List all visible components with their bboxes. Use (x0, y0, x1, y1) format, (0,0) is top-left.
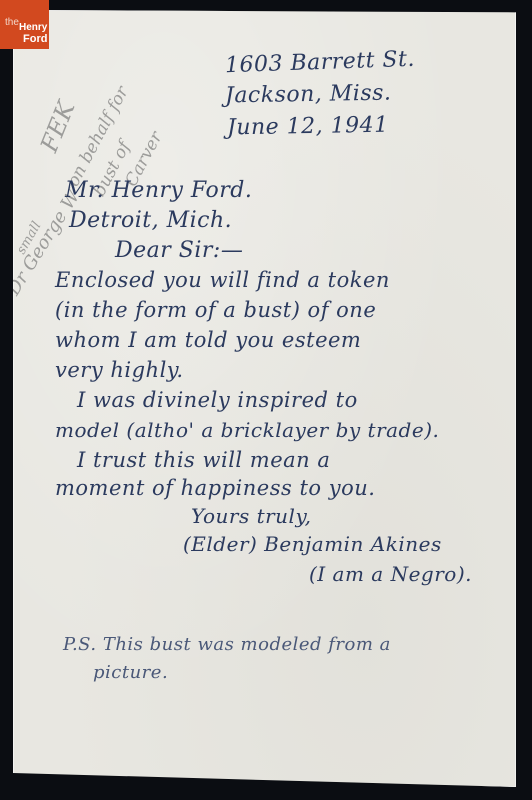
recipient-name: Mr. Henry Ford. (65, 178, 252, 203)
body-line: Enclosed you will find a token (55, 268, 390, 292)
letter-date: June 12, 1941 (227, 113, 389, 141)
document-viewer: the Henry Ford FEK on behalf for bust of… (0, 0, 532, 800)
body-line: (in the form of a bust) of one (55, 298, 376, 322)
address-street: 1603 Barrett St. (225, 47, 416, 79)
address-city: Jackson, Miss. (225, 81, 392, 109)
annotation-initials: FEK (35, 97, 80, 156)
signature: (Elder) Benjamin Akines (183, 532, 442, 556)
body-line: whom I am told you esteem (55, 328, 361, 352)
logo-ford: Ford (23, 34, 47, 45)
logo-the: the (5, 18, 19, 28)
signature-note: (I am a Negro). (309, 562, 472, 586)
body-line: model (altho' a bricklayer by trade). (55, 418, 439, 442)
salutation: Dear Sir:— (115, 238, 243, 263)
body-line: I was divinely inspired to (77, 388, 358, 412)
body-line: moment of happiness to you. (55, 476, 375, 500)
postscript-line: picture. (93, 662, 168, 683)
letter-page: FEK on behalf for bust of Carver small D… (13, 10, 516, 787)
body-line: very highly. (55, 358, 184, 382)
the-henry-ford-logo: the Henry Ford (0, 0, 49, 49)
recipient-city: Detroit, Mich. (69, 208, 232, 233)
body-line: I trust this will mean a (77, 448, 330, 472)
closing: Yours truly, (191, 504, 311, 528)
postscript-line: P.S. This bust was modeled from a (63, 634, 391, 655)
logo-henry: Henry (19, 23, 47, 33)
